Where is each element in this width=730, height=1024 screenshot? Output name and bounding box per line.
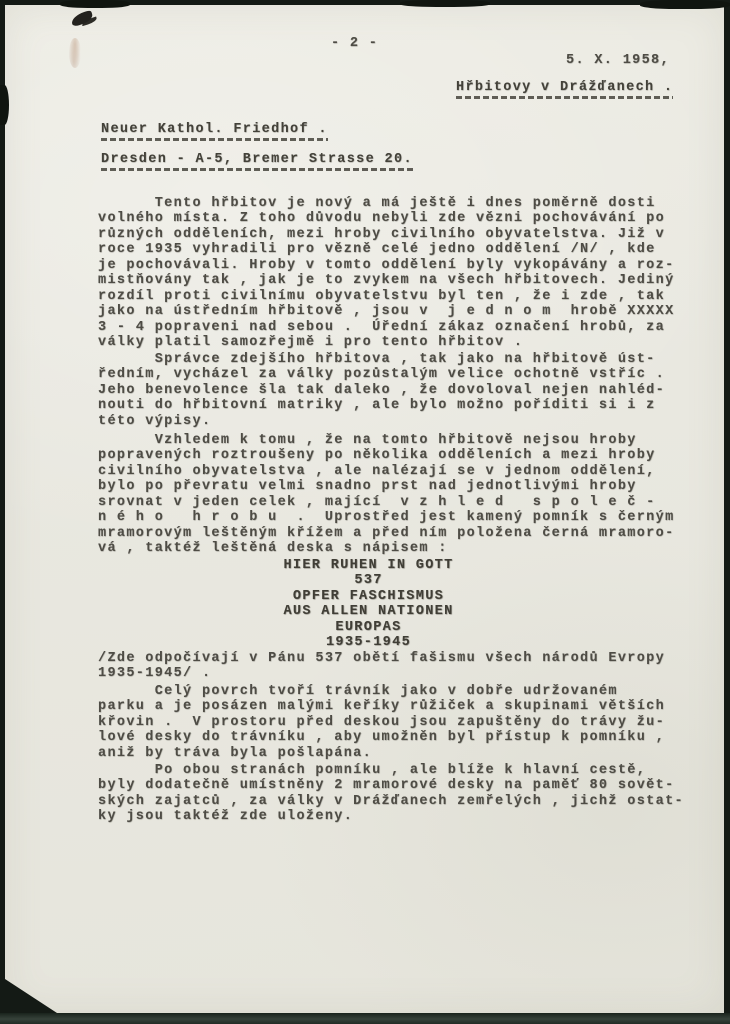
subject-name-heading: Neuer Kathol. Friedhof . [101, 122, 328, 137]
memorial-inscription: HIER RUHEN IN GOTT 537 OPFER FASCHISMUS … [96, 558, 641, 651]
subject-name-underline [101, 138, 328, 141]
series-title: Hřbitovy v Drážďanech . [456, 80, 673, 95]
scan-edge-artifact [60, 0, 130, 8]
subject-address-block: Dresden - A-5, Bremer Strasse 20. [101, 152, 413, 171]
paragraph-5: Po obou stranách pomníku , ale blíže k h… [98, 763, 684, 825]
scanned-document-page: { "document": { "kind": "typewritten arc… [0, 0, 730, 1024]
scan-background: - 2 - 5. X. 1958, Hřbitovy v Drážďanech … [0, 0, 730, 1024]
paragraph-1: Tento hřbitov je nový a má ještě i dnes … [98, 196, 675, 351]
scan-edge-artifact [400, 0, 490, 7]
scan-edge-artifact [0, 85, 9, 125]
paper-stain [69, 38, 81, 68]
title-underline [456, 96, 673, 99]
subject-address-underline [101, 168, 413, 171]
paragraph-3: Vzhledem k tomu , že na tomto hřbitově n… [98, 433, 675, 557]
page-number: - 2 - [331, 36, 378, 51]
scan-edge-bottom [0, 1013, 730, 1024]
document-date: 5. X. 1958, [566, 53, 670, 68]
scan-edge-artifact [640, 0, 730, 9]
paragraph-2: Správce zdejšího hřbitova , tak jako na … [98, 352, 665, 429]
series-title-block: Hřbitovy v Drážďanech . [456, 80, 673, 99]
translation-note: /Zde odpočívají v Pánu 537 obětí fašismu… [98, 651, 665, 682]
paragraph-4: Celý povrch tvoří trávník jako v dobře u… [98, 684, 665, 761]
subject-address-heading: Dresden - A-5, Bremer Strasse 20. [101, 152, 413, 167]
subject-name-block: Neuer Kathol. Friedhof . [101, 122, 328, 141]
